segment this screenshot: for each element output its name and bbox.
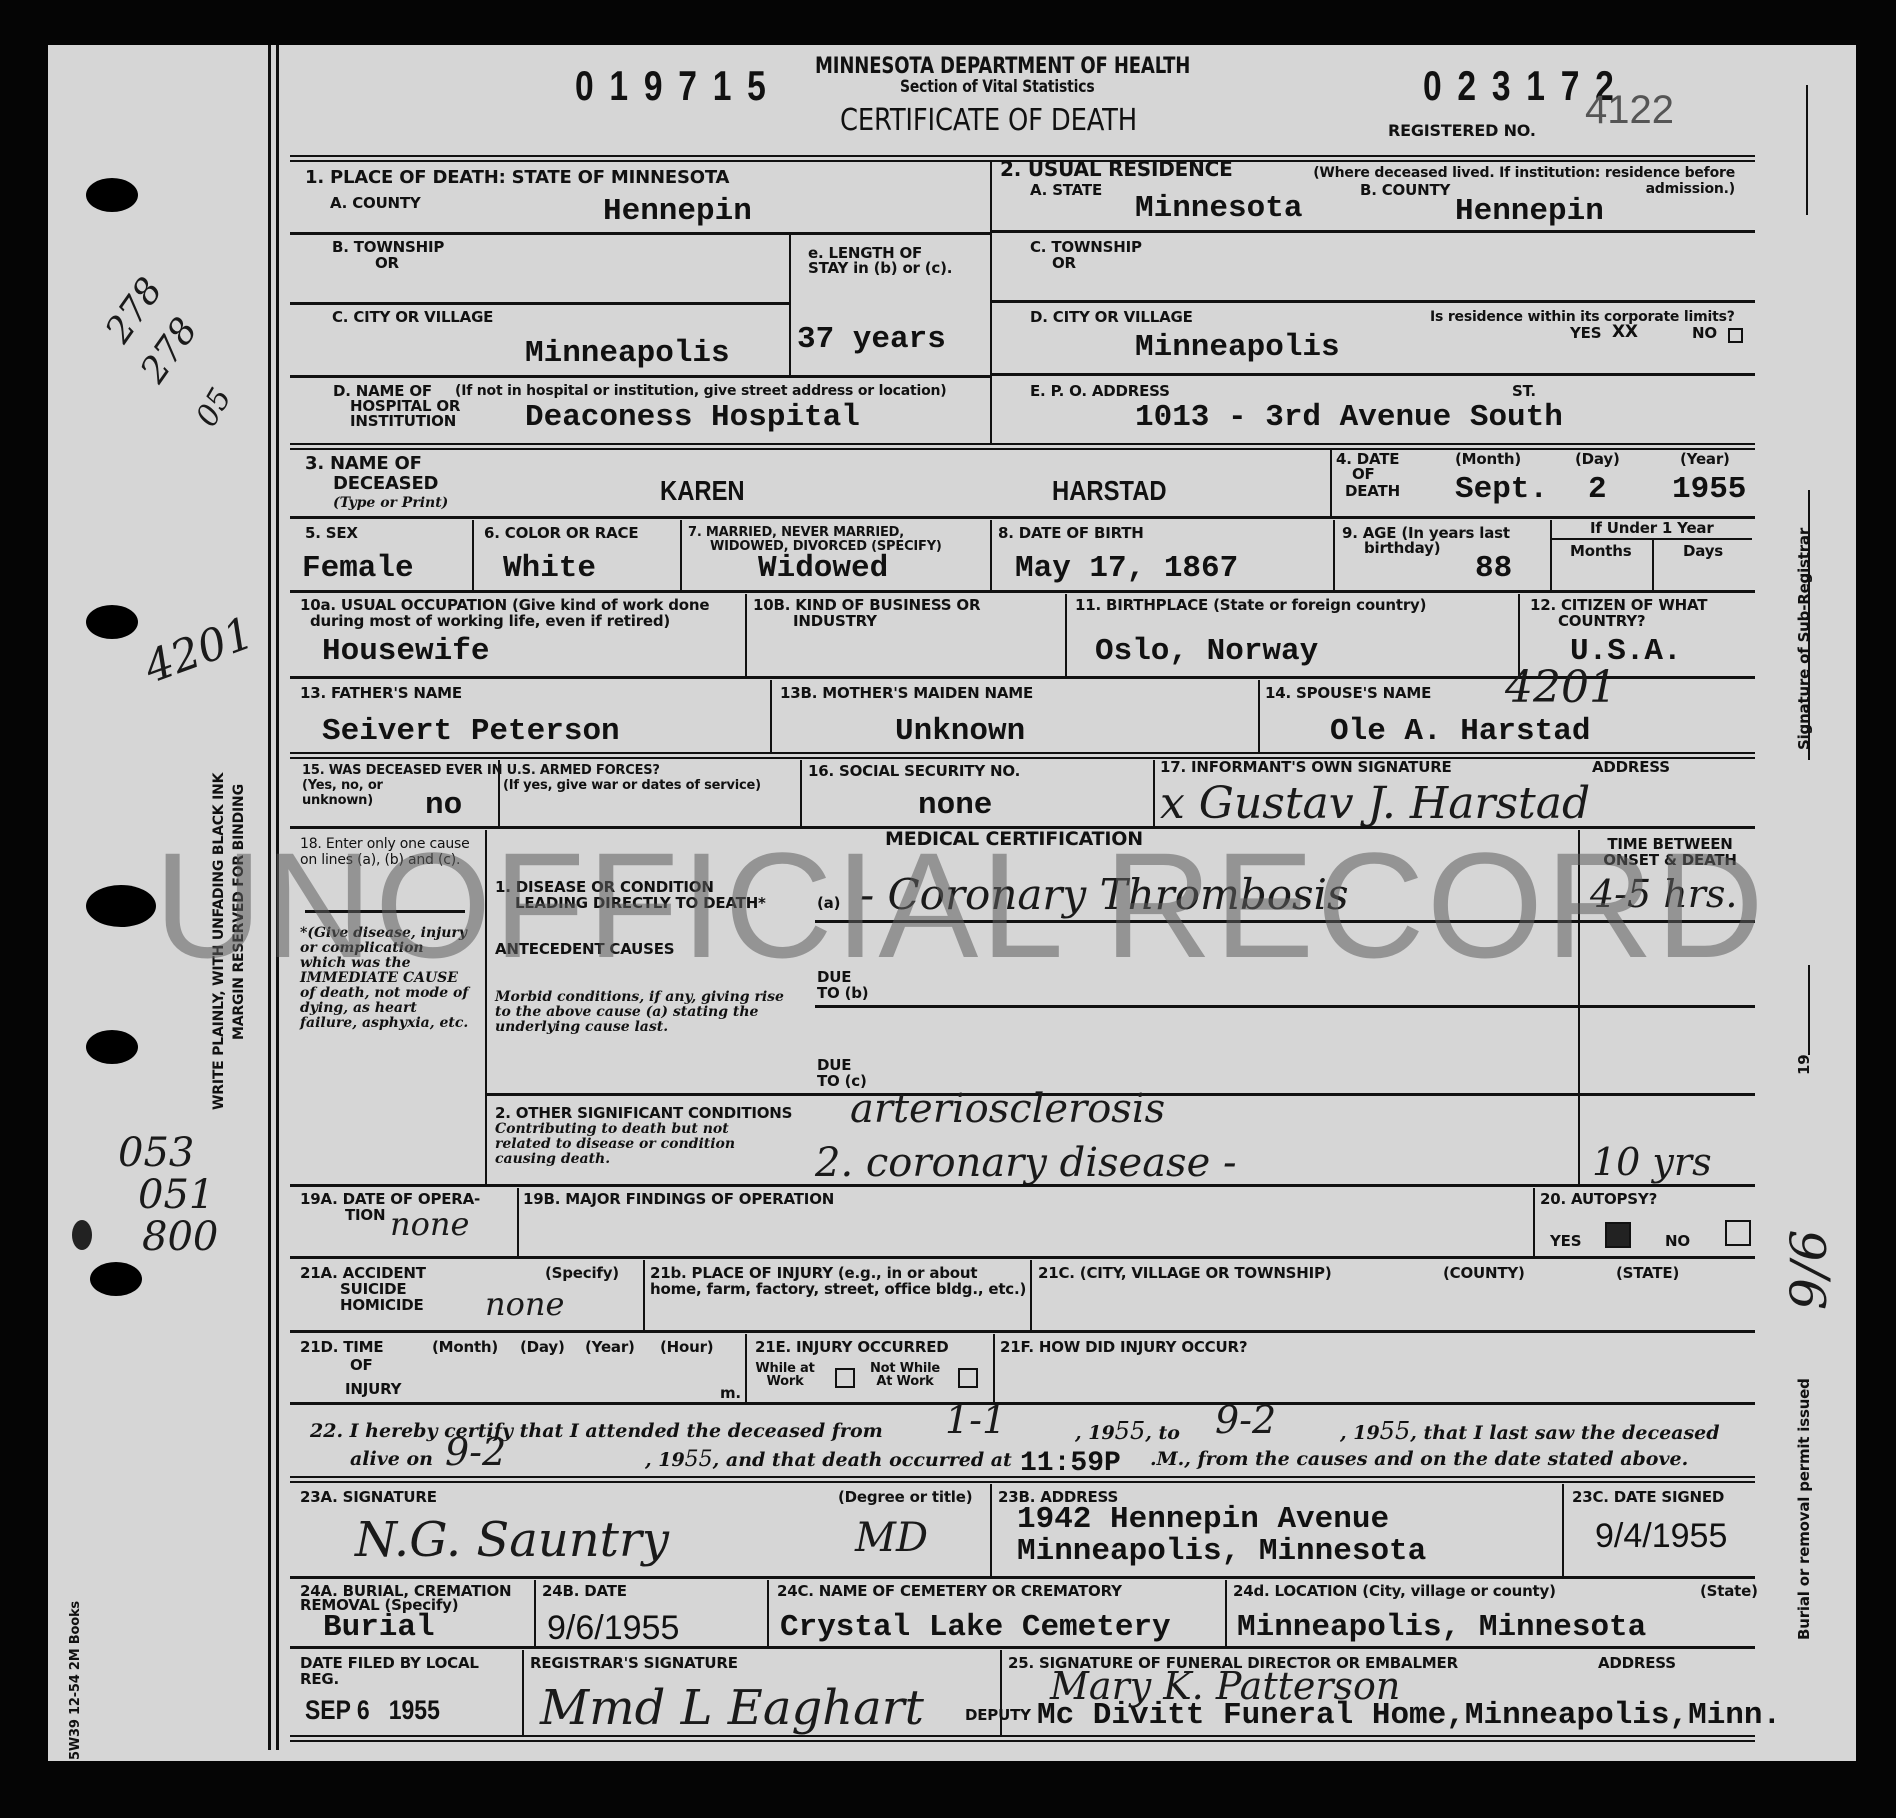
field-label: (Day) [1575,452,1620,467]
field-label: 10b. KIND OF BUSINESS OR [753,598,980,613]
section-title: MEDICAL CERTIFICATION [885,832,1143,847]
field-label: HOMICIDE [340,1298,424,1313]
residence-state: Minnesota [1135,193,1302,225]
field-label: 1. PLACE OF DEATH: STATE OF MINNESOTA [305,170,729,185]
divider [522,1650,524,1735]
residence-county: Hennepin [1455,196,1604,228]
field-label: (COUNTY) [1443,1266,1525,1281]
burial-permit-year-label: 19 [1797,1055,1812,1075]
field-label: 13b. MOTHER'S MAIDEN NAME [780,686,1033,701]
autopsy-yes-checkbox[interactable] [1605,1222,1631,1248]
field-label: If Under 1 Year [1590,521,1714,536]
certification-text-part: , that I last saw the deceased [1410,1422,1719,1444]
attended-to: 9-2 [1215,1398,1276,1442]
father-name: Seivert Peterson [322,716,620,748]
divider [485,830,487,1186]
physician-address-line1: 1942 Hennepin Avenue [1017,1504,1389,1536]
field-label: (Yes, no, or [302,779,383,792]
certification-text-part: , 19 [1075,1422,1115,1444]
date-filed-stamp: SEP 6 1955 [305,1695,440,1726]
field-label: c. CITY OR VILLAGE [332,310,493,325]
field-label: d. CITY OR VILLAGE [1030,310,1193,325]
divider [290,232,990,235]
field-label: 6. COLOR OR RACE [484,526,638,541]
field-note: (If not in hospital or institution, give… [455,384,947,399]
field-label: (Year) [1680,452,1730,467]
burial-permit-label: Burial or removal permit issued [1797,1378,1812,1640]
field-label: TION [345,1208,385,1223]
date-of-death-year: 1955 [1672,474,1746,506]
field-label: 8. DATE OF BIRTH [998,526,1144,541]
field-label: Contributing to death but not related to… [495,1122,785,1167]
burial-permit-date: 9/6 [1780,1230,1838,1310]
binding-hole [86,885,156,927]
field-label: INSTITUTION [350,414,456,429]
divider [1333,520,1335,590]
field-label: ADDRESS [1592,760,1670,775]
divider [517,1188,519,1256]
field-label: a. COUNTY [330,196,421,211]
field-label: 10a. USUAL OCCUPATION (Give kind of work… [300,598,709,613]
place-of-death-county: Hennepin [603,196,752,228]
length-of-stay: 37 years [797,324,946,356]
field-label: OF [350,1358,373,1373]
other-condition-1: arteriosclerosis [850,1086,1165,1132]
field-label: m. [720,1386,741,1401]
binding-hole [86,1030,138,1064]
marital-status: Widowed [758,553,888,585]
field-label: (Type or Print) [333,496,448,511]
field-label: DUE [817,1058,851,1073]
divider [990,1484,992,1578]
certification-text-part: , 19 [1340,1422,1380,1444]
divider [1578,830,1580,1186]
divider [990,300,1755,303]
divider [290,1256,1755,1259]
divider [767,1580,769,1646]
binding-hole [86,605,138,639]
field-label: ADDRESS [1598,1656,1676,1671]
spouse-handwritten-number: 4201 [1505,662,1617,713]
field-label: during most of working life, even if ret… [310,614,670,629]
certification-text: , 1955, and that death occurred at [645,1452,1012,1468]
divider [1330,450,1332,516]
field-label: 21a. ACCIDENT [300,1266,426,1281]
physician-signature: N.G. Sauntry [355,1512,669,1568]
divider [305,910,465,913]
field-label: 21e. INJURY OCCURRED [755,1340,949,1355]
field-label: e. LENGTH OF STAY in (b) or (c). [808,246,958,276]
not-while-at-work-checkbox[interactable] [958,1368,978,1388]
birthplace: Oslo, Norway [1095,636,1318,668]
certification-text: , 1955, to [1075,1424,1180,1441]
right-border [1806,85,1808,215]
social-security-number: none [918,790,992,822]
divider [290,443,1755,445]
divider [1153,760,1155,828]
corporate-no-checkbox[interactable] [1728,328,1743,343]
field-label: 24c. NAME OF CEMETERY OR CREMATORY [777,1584,1122,1599]
last-seen-year: 55 [685,1447,713,1472]
field-label: NO [1692,326,1717,341]
burial-location: Minneapolis, Minnesota [1237,1612,1646,1644]
field-label: LEADING DIRECTLY TO DEATH* [515,896,766,911]
divider [290,1402,1755,1405]
cemetery-name: Crystal Lake Cemetery [780,1612,1171,1644]
date-of-death-day: 2 [1588,474,1607,506]
field-label: a. STATE [1030,183,1102,198]
divider [680,520,682,590]
divider [1552,538,1752,540]
date-signed: 9/4/1955 [1595,1520,1727,1552]
certification-text-part: 22. I hereby certify that I attended the… [310,1420,883,1442]
registrar-signature: Mmd L Eaghart [540,1680,924,1736]
field-label: *(Give disease, injury or complication w… [300,926,470,1031]
date-of-death-month: Sept. [1455,474,1548,506]
divider [290,752,1755,754]
certification-text-part: , to [1145,1422,1180,1444]
divider [993,1334,995,1402]
divider [643,1260,645,1330]
divider [290,1735,1755,1737]
certification-text-part: , 19 [645,1449,685,1471]
divider [290,516,1755,519]
field-label: 21b. PLACE OF INJURY (e.g., in or about [650,1266,977,1281]
while-at-work-checkbox[interactable] [835,1368,855,1388]
field-label: c. TOWNSHIP [1030,240,1142,255]
field-label: SUICIDE [340,1282,406,1297]
margin-handwritten-number: 800 [142,1214,218,1260]
field-label: (Hour) [660,1340,713,1355]
field-label: 3. NAME OF [305,456,422,471]
field-label: 2. OTHER SIGNIFICANT CONDITIONS [495,1106,792,1121]
certification-text: , 1955, that I last saw the deceased [1340,1424,1720,1441]
printer-mark: 5W39 12-54 2M Books [68,1601,83,1760]
divider [1550,520,1552,590]
residence-city: Minneapolis [1135,332,1340,364]
divider [290,1184,1755,1187]
field-label: OF [1352,467,1375,482]
field-label: REG. [300,1672,339,1687]
field-label: (State) [1700,1584,1758,1599]
divider [534,1580,536,1646]
physician-address-line2: Minneapolis, Minnesota [1017,1536,1426,1568]
field-label: Not While At Work [865,1362,945,1388]
certification-text-part: , and that death occurred at [713,1449,1012,1471]
field-label: 12. CITIZEN OF WHAT [1530,598,1707,613]
occupation: Housewife [322,636,489,668]
place-of-death-city: Minneapolis [525,338,730,370]
field-label: (If yes, give war or dates of service) [503,779,761,792]
deceased-first-name: KAREN [660,475,745,507]
field-label: YES [1570,326,1601,341]
burial-date: 9/6/1955 [547,1612,679,1644]
field-label: (Specify) [545,1266,619,1281]
divider [990,230,1755,233]
divider [290,302,789,305]
field-label: NO [1665,1234,1690,1249]
divider [290,1476,1755,1478]
divider [1533,1188,1535,1256]
field-label: Is residence within its corporate limits… [1430,310,1735,325]
physician-degree: MD [855,1515,928,1561]
mother-maiden-name: Unknown [895,716,1025,748]
field-label: 1. DISEASE OR CONDITION [495,880,714,895]
field-label: (STATE) [1616,1266,1679,1281]
field-label: (a) [817,896,840,911]
union-label-icon [72,1220,92,1250]
subregistrar-signature-line [1808,490,1810,760]
divider [815,920,1755,923]
field-label: 17. INFORMANT'S OWN SIGNATURE [1160,760,1452,775]
field-label: home, farm, factory, street, office bldg… [650,1282,1026,1297]
divider [472,520,474,590]
field-label: b. TOWNSHIP [332,240,444,255]
autopsy-no-checkbox[interactable] [1725,1220,1751,1246]
divider [745,594,747,676]
field-label: DUE [817,970,851,985]
hospital-name: Deaconess Hospital [525,402,860,434]
field-label: 7. MARRIED, NEVER MARRIED, [688,526,904,539]
field-label: birthday) [1364,541,1440,556]
field-label: While at Work [755,1362,815,1388]
spouse-name: Ole A. Harstad [1330,716,1590,748]
registered-number: 4122 [1585,88,1674,133]
field-label: TO (b) [817,986,868,1001]
field-label: 11. BIRTHPLACE (State or foreign country… [1075,598,1426,613]
attended-to-year: 55 [1380,1417,1411,1445]
time-onset-other: 10 yrs [1592,1140,1712,1184]
divider [990,520,992,590]
field-label: 21d. TIME [300,1340,383,1355]
divider [800,760,802,828]
field-label: 16. SOCIAL SECURITY NO. [808,764,1020,779]
field-label: ANTECEDENT CAUSES [495,942,674,957]
margin-border [268,45,271,1750]
field-label: 5. SEX [305,526,358,541]
field-label: 20. AUTOPSY? [1540,1192,1657,1207]
field-label: ST. [1512,384,1536,399]
department-name: MINNESOTA DEPARTMENT OF HEALTH [815,56,1190,78]
burial-permit-line [1808,965,1810,1055]
field-label: 13. FATHER'S NAME [300,686,462,701]
field-label: 23c. DATE SIGNED [1572,1490,1724,1505]
field-label: DEATH [1345,484,1400,499]
field-label: YES [1550,1234,1581,1249]
race: White [503,553,596,585]
armed-forces: no [425,790,462,822]
disposition-type: Burial [323,1612,435,1644]
divider [290,375,990,378]
binding-hole [90,1262,142,1296]
field-label: Morbid conditions, if any, giving rise t… [495,990,785,1035]
divider [1652,540,1654,590]
field-label: 18. Enter only one cause on lines (a), (… [300,836,470,868]
field-label: INDUSTRY [793,614,877,629]
field-label: 19b. MAJOR FINDINGS OF OPERATION [523,1192,834,1207]
field-label: 21c. (CITY, VILLAGE OR TOWNSHIP) [1038,1266,1331,1281]
attended-from-year: 55 [1115,1417,1146,1445]
other-condition-2: 2. coronary disease - [815,1140,1236,1186]
divider [990,373,1755,376]
date-of-birth: May 17, 1867 [1015,553,1238,585]
field-label: b. COUNTY [1360,183,1450,198]
serial-number-left: 0 1 9 7 1 5 [575,62,769,110]
divider [1258,680,1260,752]
corporate-yes-mark: XX [1612,325,1638,340]
field-label: REGISTRAR'S SIGNATURE [530,1656,738,1671]
deceased-last-name: HARSTAD [1052,475,1167,507]
field-label: DECEASED [333,476,438,491]
field-label: OR [1052,256,1076,271]
field-label: (Day) [520,1340,565,1355]
field-label: 24b. DATE [542,1584,627,1599]
certification-text: .M., from the causes and on the date sta… [1150,1452,1688,1467]
divider [290,1646,1755,1649]
divider [1225,1580,1227,1646]
section-name: Section of Vital Statistics [900,80,1095,95]
field-label: 24d. LOCATION (City, village or county) [1233,1584,1556,1599]
sex: Female [302,553,414,585]
margin-handwritten-number: 051 [138,1172,214,1218]
divider [290,590,1755,593]
attended-from: 1-1 [945,1398,1006,1442]
field-label: INJURY [345,1382,401,1397]
field-label: Days [1683,544,1723,559]
field-label: 2. USUAL RESIDENCE [1000,162,1233,177]
field-label: (Degree or title) [838,1490,972,1505]
divider [1030,1260,1032,1330]
margin-border [276,45,279,1750]
field-label: 21f. HOW DID INJURY OCCUR? [1000,1340,1247,1355]
time-onset-a: 4-5 hrs. [1590,872,1738,916]
residence-address: 1013 - 3rd Avenue South [1135,402,1563,434]
divider [290,1576,1755,1579]
field-label: 15. WAS DECEASED EVER IN U.S. ARMED FORC… [302,764,660,777]
accident-type: none [485,1285,564,1323]
divider [745,1334,747,1402]
field-label: 23a. SIGNATURE [300,1490,437,1505]
divider [789,234,791,376]
margin-handwritten-number: 053 [118,1130,194,1176]
field-label: Months [1570,544,1632,559]
divider [290,1330,1755,1333]
certification-text: alive on [350,1452,433,1467]
margin-instruction: WRITE PLAINLY, WITH UNFADING BLACK INK [212,773,227,1110]
field-label: e. P. O. ADDRESS [1030,384,1170,399]
field-label: (Month) [1455,452,1521,467]
field-label: (Year) [585,1340,635,1355]
field-label: COUNTRY? [1558,614,1645,629]
field-label: DATE FILED BY LOCAL [300,1656,479,1671]
binding-hole [86,178,138,212]
field-label: TIME BETWEEN ONSET & DEATH [1590,836,1750,868]
operation-date: none [390,1205,469,1243]
last-seen-alive: 9-2 [445,1430,506,1474]
page-title: CERTIFICATE OF DEATH [840,106,1137,136]
field-label: unknown) [302,794,373,807]
divider [1562,1484,1564,1578]
certification-text: 22. I hereby certify that I attended the… [310,1424,883,1439]
age: 88 [1475,553,1512,585]
field-label: 14. SPOUSE'S NAME [1265,686,1431,701]
divider [815,1005,1755,1008]
funeral-home: Mc Divitt Funeral Home,Minneapolis,Minn. [1037,1700,1781,1732]
field-label: (Month) [432,1340,498,1355]
margin-instruction: MARGIN RESERVED FOR BINDING [232,784,247,1040]
divider [770,680,772,752]
divider [1065,594,1067,676]
informant-signature: x Gustav J. Harstad [1160,778,1590,829]
field-label: OR [375,256,399,271]
cause-of-death-a: - Coronary Thrombosis [860,870,1349,919]
registered-number-label: REGISTERED NO. [1388,123,1536,138]
deputy-label: DEPUTY [965,1708,1031,1723]
